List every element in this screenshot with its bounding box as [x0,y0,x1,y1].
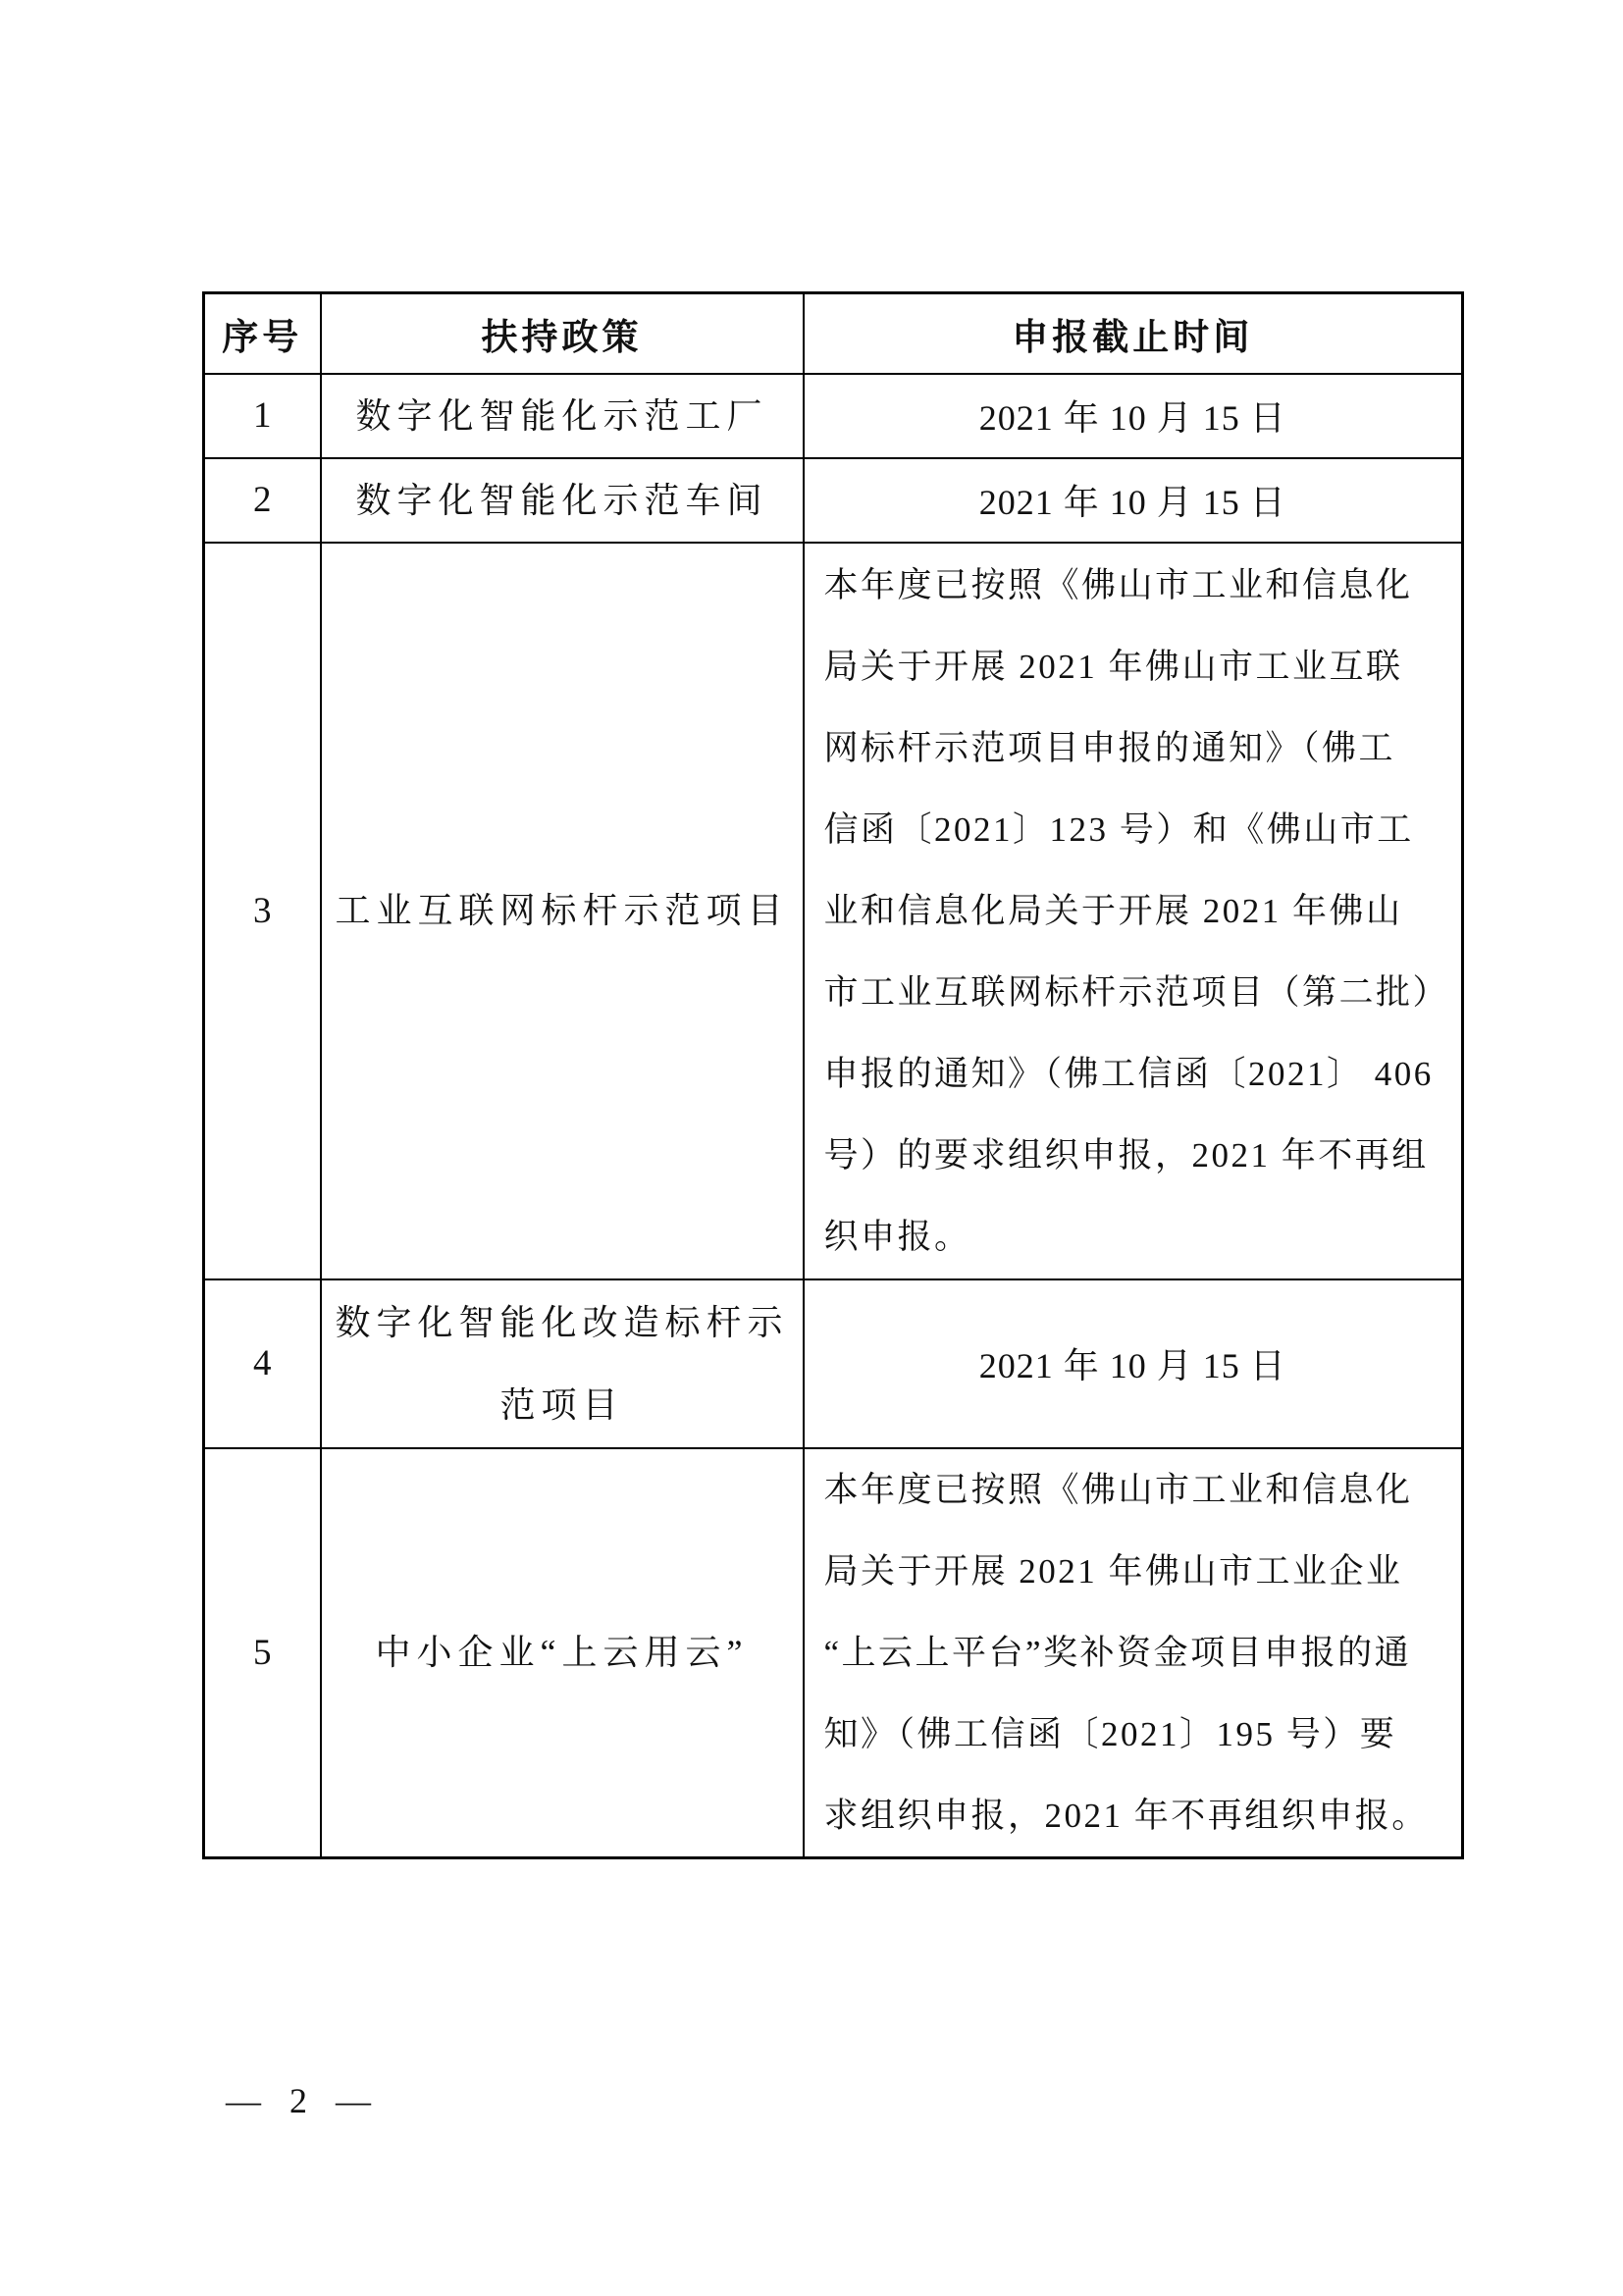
deadline-text-line: 信函〔2021〕123 号）和《佛山市工 [824,789,1450,870]
deadline-cell: 本年度已按照《佛山市工业和信息化局关于开展 2021 年佛山市工业互联网标杆示范… [804,543,1463,1279]
policy-line: 数字化智能化改造标杆示 [322,1281,803,1364]
deadline-text-line: 本年度已按照《佛山市工业和信息化 [824,545,1450,626]
policy-table-body: 1数字化智能化示范工厂2021 年 10 月 15 日2数字化智能化示范车间20… [204,374,1463,1858]
deadline-date: 2021 年 10 月 15 日 [805,391,1462,441]
header-cell-no: 序号 [204,293,321,374]
deadline-text-block: 本年度已按照《佛山市工业和信息化局关于开展 2021 年佛山市工业互联网标杆示范… [805,545,1462,1278]
policy-line: 数字化智能化示范工厂 [322,375,803,457]
deadline-text-line: 业和信息化局关于开展 2021 年佛山 [824,870,1450,952]
policy-cell: 数字化智能化示范车间 [321,458,804,543]
policy-line: 数字化智能化示范车间 [322,459,803,542]
policy-cell: 中小企业“上云用云” [321,1448,804,1858]
deadline-cell: 2021 年 10 月 15 日 [804,458,1463,543]
row-number-cell: 4 [204,1279,321,1448]
deadline-cell: 2021 年 10 月 15 日 [804,1279,1463,1448]
table-row: 3工业互联网标杆示范项目本年度已按照《佛山市工业和信息化局关于开展 2021 年… [204,543,1463,1279]
row-number-cell: 3 [204,543,321,1279]
policy-cell: 数字化智能化示范工厂 [321,374,804,458]
row-number-cell: 1 [204,374,321,458]
document-page: 序号 扶持政策 申报截止时间 1数字化智能化示范工厂2021 年 10 月 15… [0,0,1623,2296]
policy-table: 序号 扶持政策 申报截止时间 1数字化智能化示范工厂2021 年 10 月 15… [202,291,1464,1859]
table-row: 5中小企业“上云用云”本年度已按照《佛山市工业和信息化局关于开展 2021 年佛… [204,1448,1463,1858]
deadline-text-line: 知》（佛工信函〔2021〕195 号）要 [824,1694,1450,1775]
table-row: 2数字化智能化示范车间2021 年 10 月 15 日 [204,458,1463,543]
deadline-text-line: 局关于开展 2021 年佛山市工业企业 [824,1531,1450,1612]
table-row: 1数字化智能化示范工厂2021 年 10 月 15 日 [204,374,1463,458]
deadline-text-line: 局关于开展 2021 年佛山市工业互联 [824,626,1450,707]
header-cell-policy: 扶持政策 [321,293,804,374]
deadline-date: 2021 年 10 月 15 日 [805,475,1462,525]
deadline-text-line: 申报的通知》（佛工信函〔2021〕 406 [824,1033,1450,1115]
deadline-cell: 本年度已按照《佛山市工业和信息化局关于开展 2021 年佛山市工业企业“上云上平… [804,1448,1463,1858]
deadline-text-line: 市工业互联网标杆示范项目（第二批） [824,952,1450,1033]
deadline-text-line: 求组织申报，2021 年不再组织申报。 [824,1775,1450,1856]
policy-line: 工业互联网标杆示范项目 [322,869,803,952]
table-header-row: 序号 扶持政策 申报截止时间 [204,293,1463,374]
deadline-date: 2021 年 10 月 15 日 [805,1338,1462,1388]
deadline-text-line: 织申报。 [824,1196,1450,1278]
table-row: 4数字化智能化改造标杆示范项目2021 年 10 月 15 日 [204,1279,1463,1448]
row-number-cell: 5 [204,1448,321,1858]
policy-line: 范项目 [322,1364,803,1446]
policy-line: 中小企业“上云用云” [322,1611,803,1694]
deadline-text-line: “上云上平台”奖补资金项目申报的通 [824,1612,1450,1694]
deadline-text-line: 网标杆示范项目申报的通知》（佛工 [824,707,1450,789]
page-number: — 2 — [226,2080,381,2121]
deadline-text-block: 本年度已按照《佛山市工业和信息化局关于开展 2021 年佛山市工业企业“上云上平… [805,1449,1462,1856]
header-cell-deadline: 申报截止时间 [804,293,1463,374]
deadline-text-line: 号）的要求组织申报，2021 年不再组 [824,1115,1450,1196]
policy-cell: 工业互联网标杆示范项目 [321,543,804,1279]
policy-cell: 数字化智能化改造标杆示范项目 [321,1279,804,1448]
row-number-cell: 2 [204,458,321,543]
deadline-text-line: 本年度已按照《佛山市工业和信息化 [824,1449,1450,1531]
deadline-cell: 2021 年 10 月 15 日 [804,374,1463,458]
